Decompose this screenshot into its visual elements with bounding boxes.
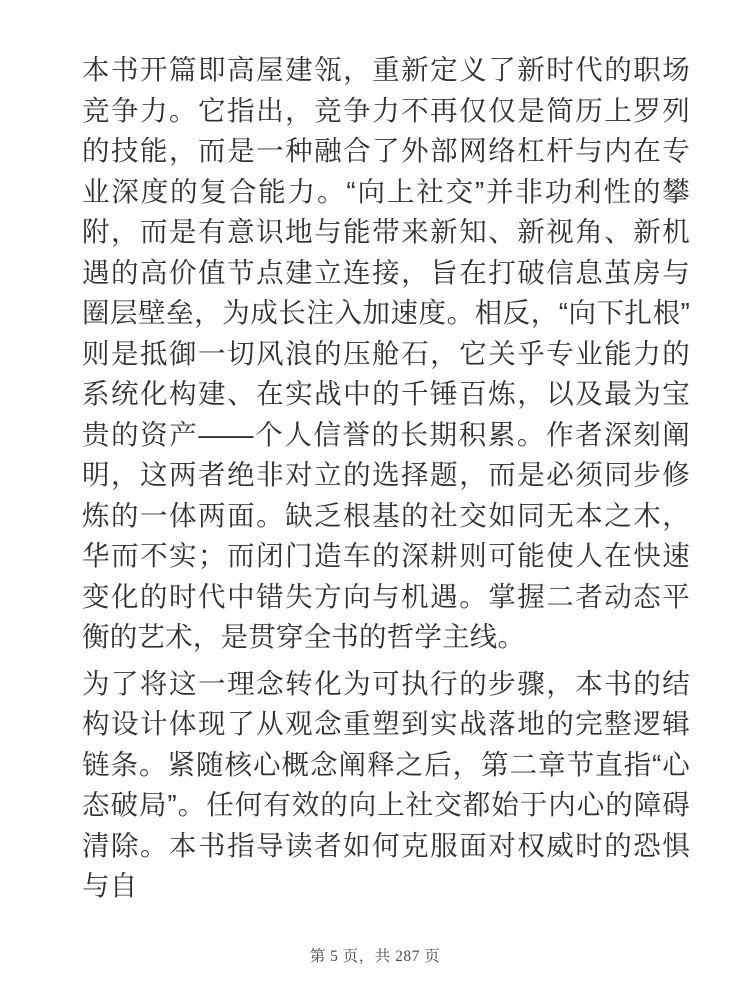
page-footer: 第 5 页，共 287 页	[0, 944, 750, 966]
book-reader-page: 本书开篇即高屋建瓴，重新定义了新时代的职场竞争力。它指出，竞争力不再仅仅是简历上…	[0, 0, 750, 1000]
paragraph: 为了将这一理念转化为可执行的步骤，本书的结构设计体现了从观念重塑到实战落地的完整…	[82, 664, 690, 907]
page-number-indicator: 第 5 页，共 287 页	[310, 948, 441, 965]
paragraph: 本书开篇即高屋建瓴，重新定义了新时代的职场竞争力。它指出，竞争力不再仅仅是简历上…	[82, 50, 690, 658]
page-text: 本书开篇即高屋建瓴，重新定义了新时代的职场竞争力。它指出，竞争力不再仅仅是简历上…	[82, 50, 690, 913]
